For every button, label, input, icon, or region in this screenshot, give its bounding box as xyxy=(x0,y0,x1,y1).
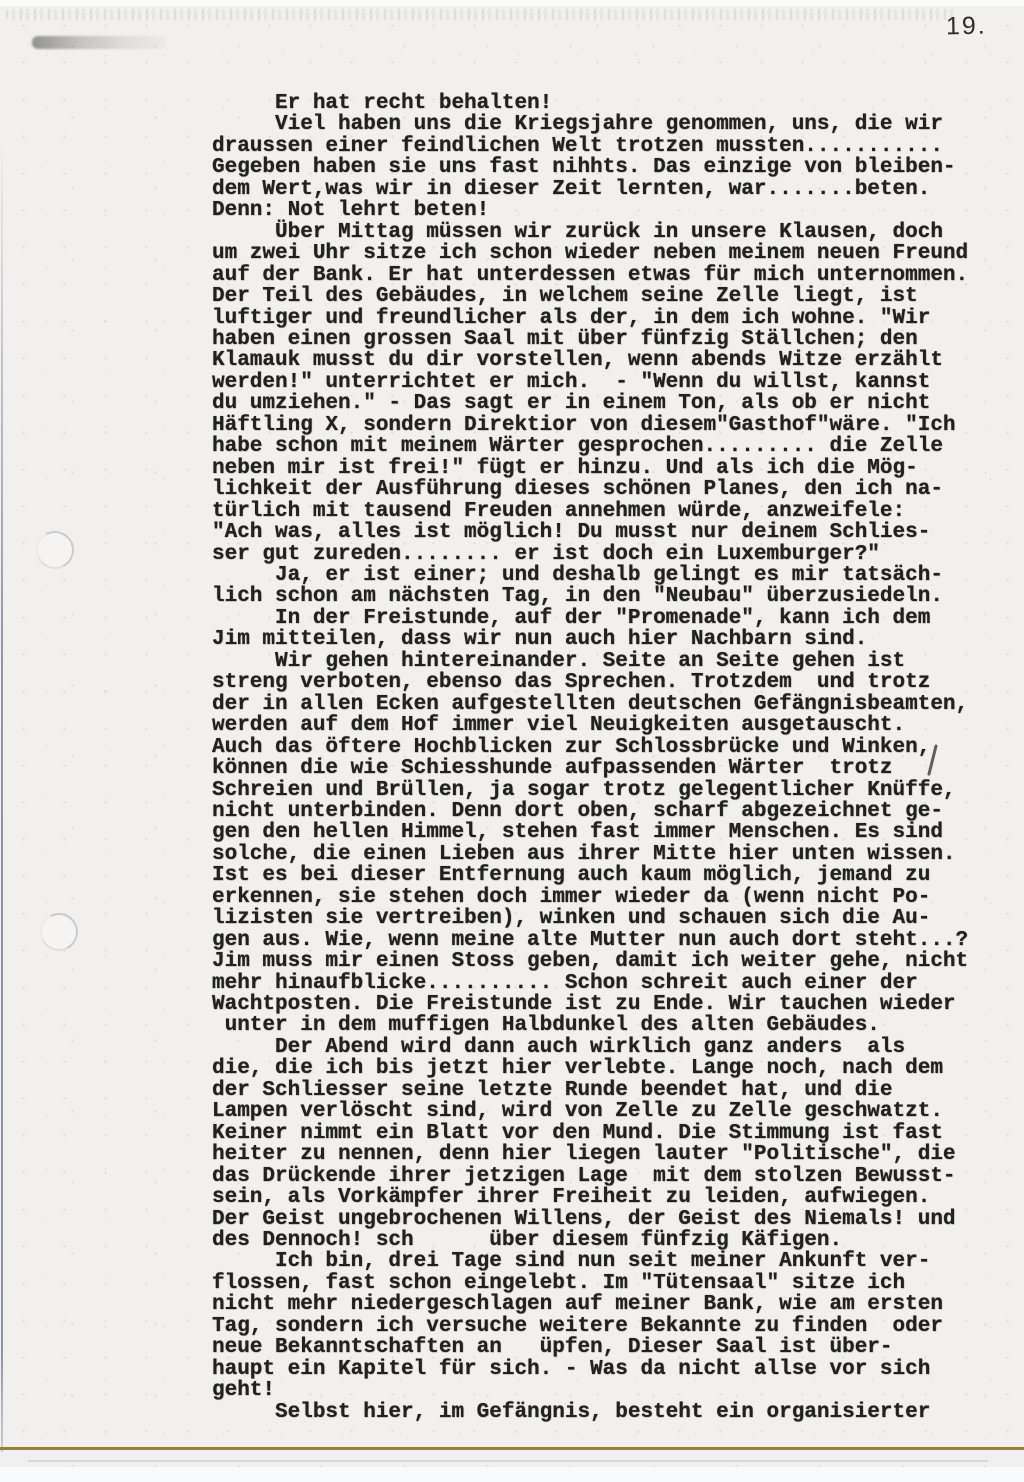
text-line: werden auf dem Hof immer viel Neuigkeite… xyxy=(212,715,1002,736)
text-line: ser gut zureden........ er ist doch ein … xyxy=(212,544,1002,565)
text-line: die, die ich bis jetzt hier verlebte. La… xyxy=(212,1058,1002,1079)
text-line: "Ach was, alles ist möglich! Du musst nu… xyxy=(212,522,1002,543)
text-line: Denn: Not lehrt beten! xyxy=(212,200,1002,221)
scan-edge-line xyxy=(1,140,3,1452)
text-line: das Drückende ihrer jetzigen Lage mit de… xyxy=(212,1166,1002,1187)
text-line: Jim muss mir einen Stoss geben, damit ic… xyxy=(212,951,1002,972)
document-page: 19. Er hat recht behalten! Viel haben un… xyxy=(0,0,1024,1482)
text-line: um zwei Uhr sitze ich schon wieder neben… xyxy=(212,243,1002,264)
text-line: habe schon mit meinem Wärter gesprochen.… xyxy=(212,436,1002,457)
text-line: haben einen grossen Saal mit über fünfzi… xyxy=(212,329,1002,350)
text-line: Der Abend wird dann auch wirklich ganz a… xyxy=(212,1037,1002,1058)
text-line: erkennen, sie stehen doch immer wieder d… xyxy=(212,887,1002,908)
text-line: Klamauk musst du dir vorstellen, wenn ab… xyxy=(212,350,1002,371)
text-line: der Schliesser seine letzte Runde beende… xyxy=(212,1080,1002,1101)
text-line: nicht unterbinden. Denn dort oben, schar… xyxy=(212,801,1002,822)
text-line: lich schon am nächsten Tag, in den "Neub… xyxy=(212,586,1002,607)
text-line: draussen einer feindlichen Welt trotzen … xyxy=(212,136,1002,157)
text-line: Schreien und Brüllen, ja sogar trotz gel… xyxy=(212,780,1002,801)
text-line: Keiner nimmt ein Blatt vor den Mund. Die… xyxy=(212,1123,1002,1144)
text-line: In der Freistunde, auf der "Promenade", … xyxy=(212,608,1002,629)
text-line: Über Mittag müssen wir zurück in unsere … xyxy=(212,222,1002,243)
text-line: luftiger und freundlicher als der, in de… xyxy=(212,308,1002,329)
text-line: sein, als Vorkämpfer ihrer Freiheit zu l… xyxy=(212,1187,1002,1208)
text-line: Der Geist ungebrochenen Willens, der Gei… xyxy=(212,1209,1002,1230)
bottom-rule-line xyxy=(0,1447,1024,1450)
text-line: Gegeben haben sie uns fast nihhts. Das e… xyxy=(212,157,1002,178)
text-line: gen den hellen Himmel, stehen fast immer… xyxy=(212,822,1002,843)
ink-smudge xyxy=(32,36,167,49)
text-line: Jim mitteilen, dass wir nun auch hier Na… xyxy=(212,629,1002,650)
text-line: neue Bekanntschaften an üpfen, Dieser Sa… xyxy=(212,1337,1002,1358)
text-line: Der Teil des Gebäudes, in welchem seine … xyxy=(212,286,1002,307)
punch-hole xyxy=(35,908,83,956)
text-line: geht! xyxy=(212,1380,1002,1401)
text-line: haupt ein Kapitel für sich. - Was da nic… xyxy=(212,1359,1002,1380)
scan-top-edge xyxy=(0,0,1024,6)
text-line: mehr hinaufblicke.......... Schon schrei… xyxy=(212,973,1002,994)
text-line: werden!" unterrichtet er mich. - "Wenn d… xyxy=(212,372,1002,393)
text-line: können die wie Schiesshunde aufpassenden… xyxy=(212,758,1002,779)
text-line: lichkeit der Ausführung dieses schönen P… xyxy=(212,479,1002,500)
text-line: Häftling X, sondern Direktior von diesem… xyxy=(212,415,1002,436)
bottom-margin-strip xyxy=(0,1467,1024,1482)
text-line: Ist es bei dieser Entfernung auch kaum m… xyxy=(212,865,1002,886)
text-line: Selbst hier, im Gefängnis, besteht ein o… xyxy=(212,1402,1002,1423)
text-line: du umziehen." - Das sagt er in einem Ton… xyxy=(212,393,1002,414)
text-body: Er hat recht behalten! Viel haben uns di… xyxy=(212,93,1002,1423)
text-line: nicht mehr niedergeschlagen auf meiner B… xyxy=(212,1294,1002,1315)
text-line: Wir gehen hintereinander. Seite an Seite… xyxy=(212,651,1002,672)
text-line: Er hat recht behalten! xyxy=(212,93,1002,114)
text-line: auf der Bank. Er hat unterdessen etwas f… xyxy=(212,265,1002,286)
text-line: Wachtposten. Die Freistunde ist zu Ende.… xyxy=(212,994,1002,1015)
bottom-faint-streak xyxy=(28,1460,988,1462)
text-line: unter in dem muffigen Halbdunkel des alt… xyxy=(212,1015,1002,1036)
text-line: lizisten sie vertreiben), winken und sch… xyxy=(212,908,1002,929)
text-line: Viel haben uns die Kriegsjahre genommen,… xyxy=(212,114,1002,135)
text-line: des Dennoch! sch über diesem fünfzig Käf… xyxy=(212,1230,1002,1251)
text-line: solche, die einen Lieben aus ihrer Mitte… xyxy=(212,844,1002,865)
text-line: streng verboten, ebenso das Sprechen. Tr… xyxy=(212,672,1002,693)
text-line: gen aus. Wie, wenn meine alte Mutter nun… xyxy=(212,930,1002,951)
text-line: Ja, er ist einer; und deshalb gelingt es… xyxy=(212,565,1002,586)
text-line: flossen, fast schon eingelebt. Im "Tüten… xyxy=(212,1273,1002,1294)
text-line: der in allen Ecken aufgestellten deutsch… xyxy=(212,694,1002,715)
text-line: Tag, sondern ich versuche weitere Bekann… xyxy=(212,1316,1002,1337)
page-number: 19. xyxy=(946,12,987,42)
text-line: neben mir ist frei!" fügt er hinzu. Und … xyxy=(212,458,1002,479)
text-line: heiter zu nennen, denn hier liegen laute… xyxy=(212,1144,1002,1165)
text-line: türlich mit tausend Freuden annehmen wür… xyxy=(212,501,1002,522)
text-line: Lampen verlöscht sind, wird von Zelle zu… xyxy=(212,1101,1002,1122)
text-line: Ich bin, drei Tage sind nun seit meiner … xyxy=(212,1251,1002,1272)
text-line: Auch das öftere Hochblicken zur Schlossb… xyxy=(212,737,1002,758)
text-line: dem Wert,was wir in dieser Zeit lernten,… xyxy=(212,179,1002,200)
scan-noise-band xyxy=(6,9,956,20)
punch-hole xyxy=(31,526,79,574)
